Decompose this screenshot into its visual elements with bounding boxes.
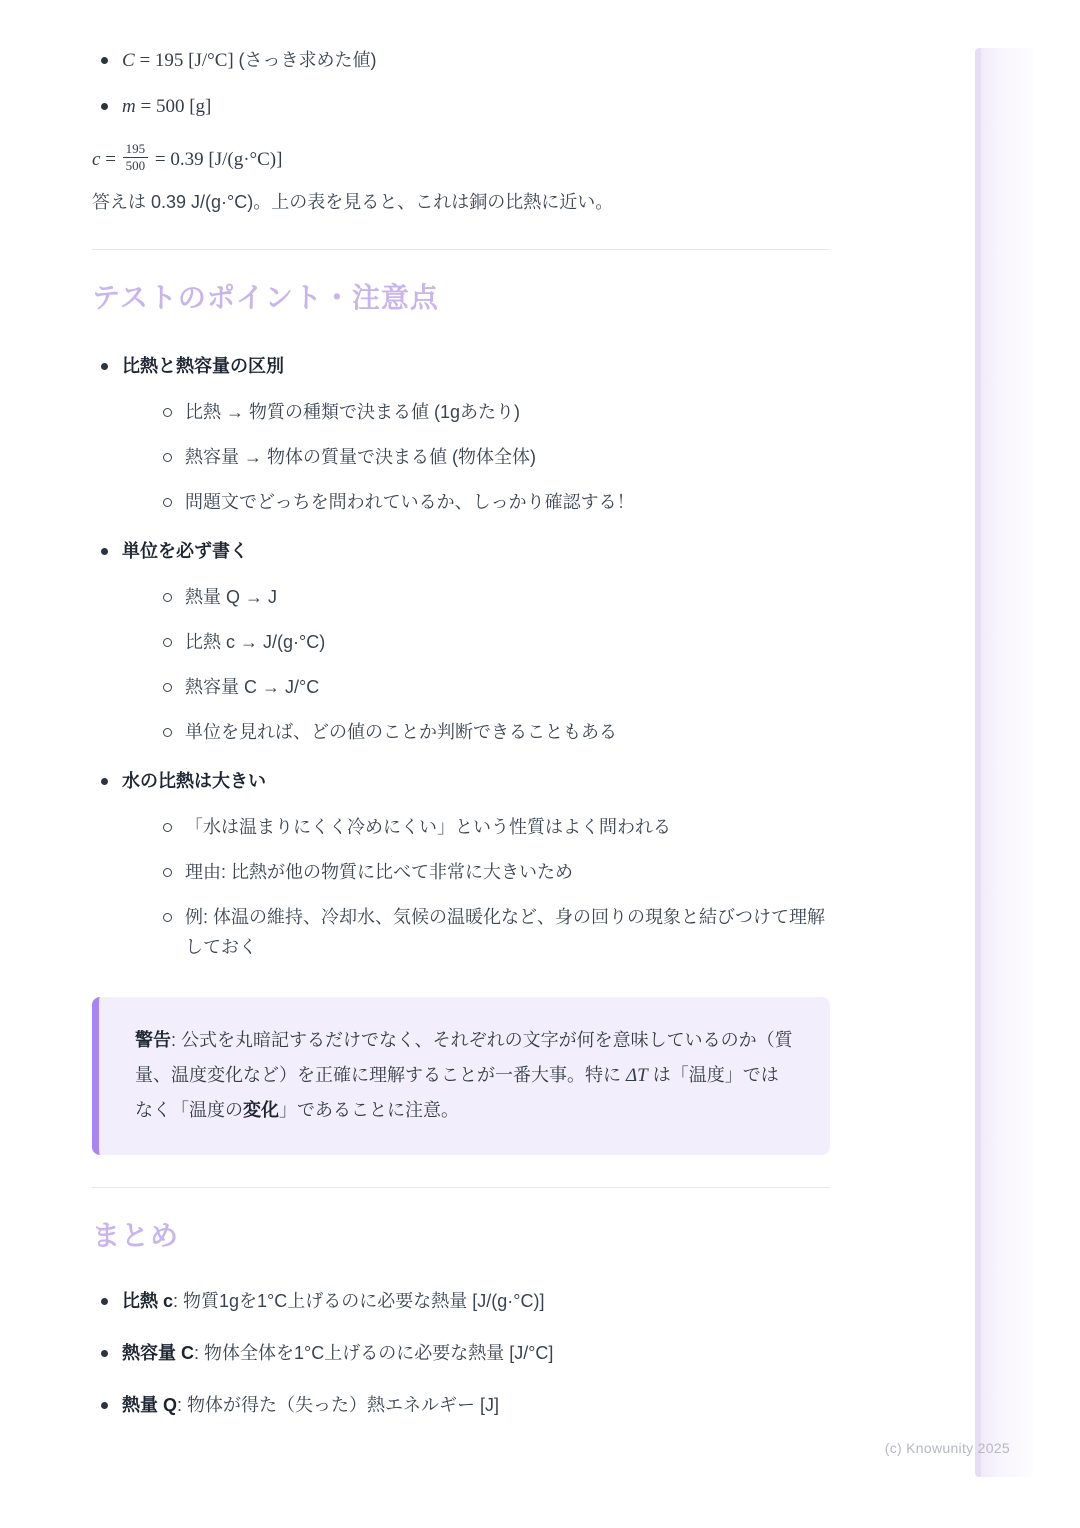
math-expression: = 195 [J/°C] xyxy=(135,50,239,71)
note-text: (さっき求めた値) xyxy=(239,50,377,70)
sub-item: 比熱 c → J/(g·°C) xyxy=(155,627,830,657)
warning-text: 警告: 公式を丸暗記するだけでなく、それぞれの文字が何を意味しているのか（質量、… xyxy=(135,1023,794,1128)
point-sublist: 熱量 Q → J 比熱 c → J/(g·°C) 熱容量 C → J/°C 単位… xyxy=(122,582,830,747)
answer-text: 答えは 0.39 J/(g·°C)。上の表を見ると、これは銅の比熱に近い。 xyxy=(92,187,830,217)
summary-item-heat-quantity: 熱量 Q: 物体が得た（失った）熱エネルギー [J] xyxy=(92,1391,830,1419)
summary-list: 比熱 c: 物質1gを1°C上げるのに必要な熱量 [J/(g·°C)] 熱容量 … xyxy=(92,1287,830,1419)
fraction-numerator: 195 xyxy=(123,141,149,158)
math-variable-C: C xyxy=(122,50,135,71)
summary-definition: : 物質1gを1°C上げるのに必要な熱量 [J/(g·°C)] xyxy=(173,1291,544,1311)
points-list: 比熱と熱容量の区別 比熱 → 物質の種類で決まる値 (1gあたり) 熱容量 → … xyxy=(92,352,830,962)
sub-item: 熱量 Q → J xyxy=(155,582,830,612)
summary-definition: : 物体が得た（失った）熱エネルギー [J] xyxy=(177,1395,499,1415)
fraction-denominator: 500 xyxy=(123,158,149,174)
sub-item: 問題文でどっちを問われているか、しっかり確認する！ xyxy=(155,487,830,517)
sub-item: 熱容量 C → J/°C xyxy=(155,672,830,702)
list-item-given-m: m = 500 [g] xyxy=(92,92,830,121)
math-expression: = 500 [g] xyxy=(136,96,212,117)
sub-item: 単位を見れば、どの値のことか判断できることもある xyxy=(155,717,830,747)
warning-emphasis: 変化 xyxy=(243,1100,279,1120)
sub-item: 例: 体温の維持、冷却水、気候の温暖化など、身の回りの現象と結びつけて理解してお… xyxy=(155,902,830,962)
point-group-label: 比熱と熱容量の区別 xyxy=(122,356,284,376)
sub-item: 「水は温まりにくく冷めにくい」という性質はよく問われる xyxy=(155,812,830,842)
summary-term: 熱量 Q xyxy=(122,1395,177,1415)
point-group-label: 水の比熱は大きい xyxy=(122,771,266,791)
sub-item: 理由: 比熱が他の物質に比べて非常に大きいため xyxy=(155,857,830,887)
section-title-summary: まとめ xyxy=(92,1219,830,1253)
summary-definition: : 物体全体を1°C上げるのに必要な熱量 [J/°C] xyxy=(194,1343,553,1363)
warning-callout: 警告: 公式を丸暗記するだけでなく、それぞれの文字が何を意味しているのか（質量、… xyxy=(92,997,830,1155)
list-item-given-C: C = 195 [J/°C] (さっき求めた値) xyxy=(92,46,830,75)
point-sublist: 「水は温まりにくく冷めにくい」という性質はよく問われる 理由: 比熱が他の物質に… xyxy=(122,812,830,962)
watermark: (c) Knowunity 2025 xyxy=(885,1440,1010,1456)
summary-item-specific-heat: 比熱 c: 物質1gを1°C上げるのに必要な熱量 [J/(g·°C)] xyxy=(92,1287,830,1315)
sub-item: 熱容量 → 物体の質量で決まる値 (物体全体) xyxy=(155,442,830,472)
point-group-label: 単位を必ず書く xyxy=(122,541,248,561)
summary-item-heat-capacity: 熱容量 C: 物体全体を1°C上げるのに必要な熱量 [J/°C] xyxy=(92,1339,830,1367)
point-sublist: 比熱 → 物質の種類で決まる値 (1gあたり) 熱容量 → 物体の質量で決まる値… xyxy=(122,397,830,517)
section-divider xyxy=(92,249,830,250)
warning-label: 警告 xyxy=(135,1030,171,1050)
section-title-points: テストのポイント・注意点 xyxy=(92,281,830,315)
point-group-water: 水の比熱は大きい 「水は温まりにくく冷めにくい」という性質はよく問われる 理由:… xyxy=(92,767,830,962)
summary-term: 比熱 c xyxy=(122,1291,173,1311)
math-delta-T: ΔT xyxy=(626,1065,648,1086)
formula-result: = 0.39 [J/(g·°C)] xyxy=(150,149,282,170)
section-divider xyxy=(92,1187,830,1188)
page-edge-decoration xyxy=(975,48,1033,1477)
sub-item: 比熱 → 物質の種類で決まる値 (1gあたり) xyxy=(155,397,830,427)
warning-body: 」であることに注意。 xyxy=(279,1100,459,1120)
document-content: C = 195 [J/°C] (さっき求めた値) m = 500 [g] c =… xyxy=(92,46,830,1443)
math-variable-m: m xyxy=(122,96,136,117)
formula-line: c = 195500 = 0.39 [J/(g·°C)] xyxy=(92,138,830,183)
summary-term: 熱容量 C xyxy=(122,1343,194,1363)
equals-sign: = xyxy=(100,149,120,170)
fraction: 195500 xyxy=(123,141,149,175)
document-page: C = 195 [J/°C] (さっき求めた値) m = 500 [g] c =… xyxy=(0,0,1080,1528)
point-group-units: 単位を必ず書く 熱量 Q → J 比熱 c → J/(g·°C) 熱容量 C →… xyxy=(92,537,830,747)
given-values-list: C = 195 [J/°C] (さっき求めた値) m = 500 [g] xyxy=(92,46,830,121)
point-group-distinction: 比熱と熱容量の区別 比熱 → 物質の種類で決まる値 (1gあたり) 熱容量 → … xyxy=(92,352,830,517)
